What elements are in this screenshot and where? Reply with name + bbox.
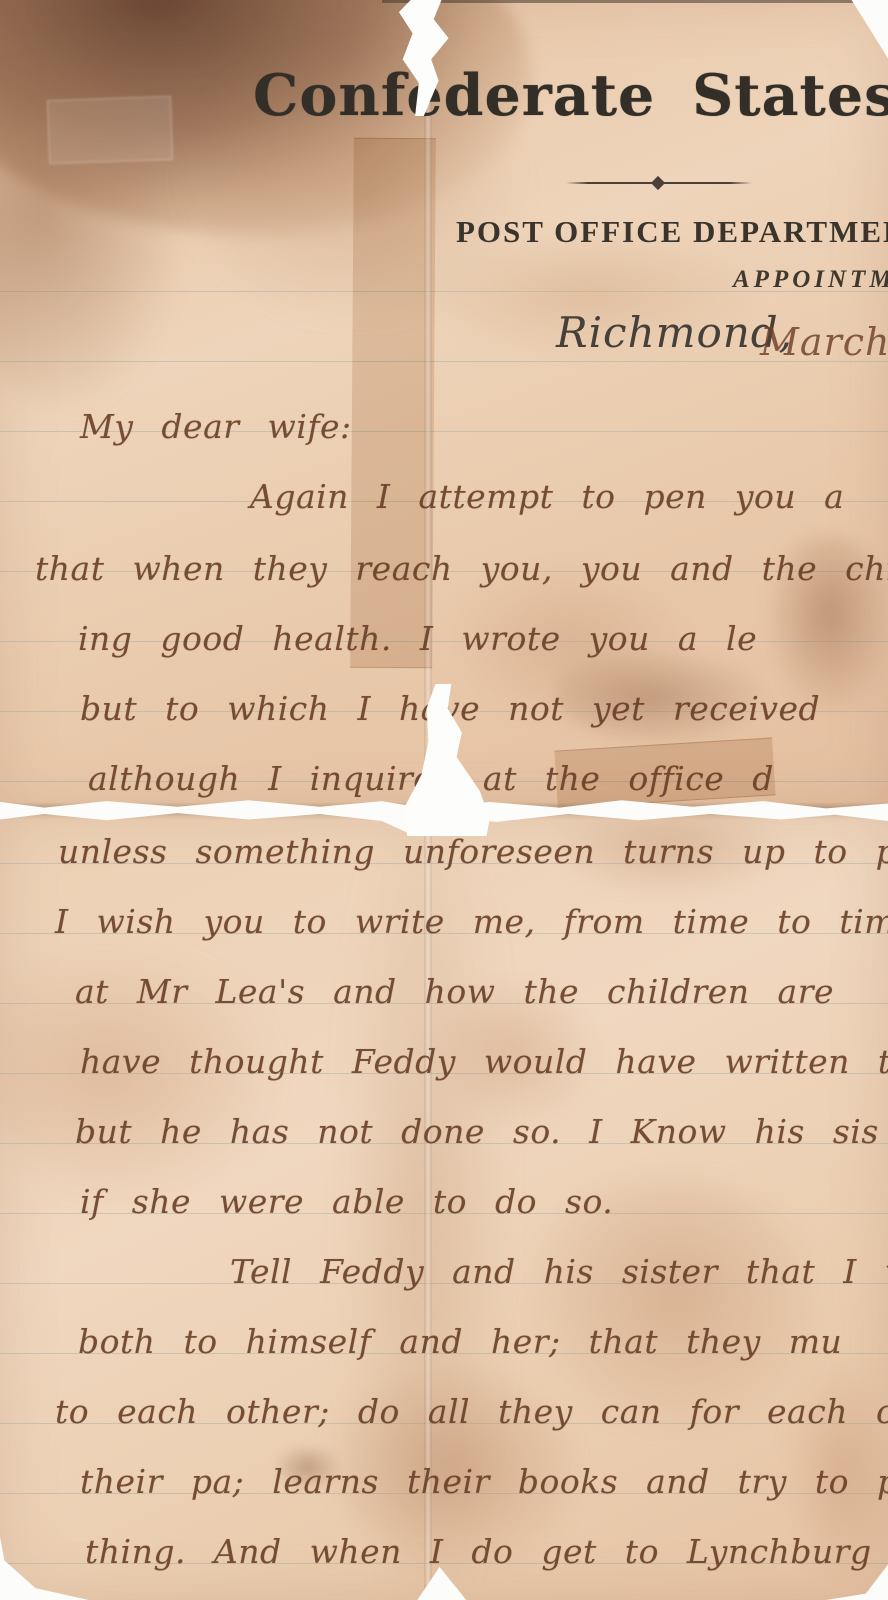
scanned-letter: Confederate States of A POST OFFICE DEPA… [0, 0, 888, 1600]
handwritten-date: March [760, 320, 888, 364]
letterhead-department: POST OFFICE DEPARTMENT, [456, 214, 888, 250]
letter-line: if she were able to do so. [80, 1182, 613, 1221]
letter-line: but he has not done so. I Know his sis [75, 1112, 879, 1151]
letter-line: to each other; do all they can for each … [55, 1392, 888, 1431]
letterhead-bureau: APPOINTME [733, 266, 888, 294]
letter-line: I wish you to write me, from time to tim [55, 902, 888, 941]
letter-line: at Mr Lea's and how the children are [75, 972, 834, 1011]
letterhead-title: Confederate States of A [253, 62, 888, 129]
tape-strip [350, 138, 436, 669]
letter-line: thing. And when I do get to Lynchburg [85, 1532, 872, 1571]
letterhead-place: Richmond, [556, 308, 793, 357]
letter-line: unless something unforeseen turns up to … [58, 832, 888, 871]
letter-line: Again I attempt to pen you a [250, 477, 844, 516]
embossed-stamp [47, 96, 173, 164]
salutation: My dear wife: [80, 407, 352, 446]
letter-line: ing good health. I wrote you a le [78, 619, 757, 658]
letter-line: Tell Feddy and his sister that I will [230, 1252, 888, 1291]
ornament-divider [566, 182, 752, 184]
letter-line: that when they reach you, you and the ch… [35, 549, 888, 588]
letter-line: their pa; learns their books and try to … [80, 1462, 888, 1501]
letter-line: have thought Feddy would have written t [80, 1042, 888, 1081]
scanner-edge-line [382, 0, 888, 3]
letter-line: both to himself and her; that they mu [78, 1322, 842, 1361]
